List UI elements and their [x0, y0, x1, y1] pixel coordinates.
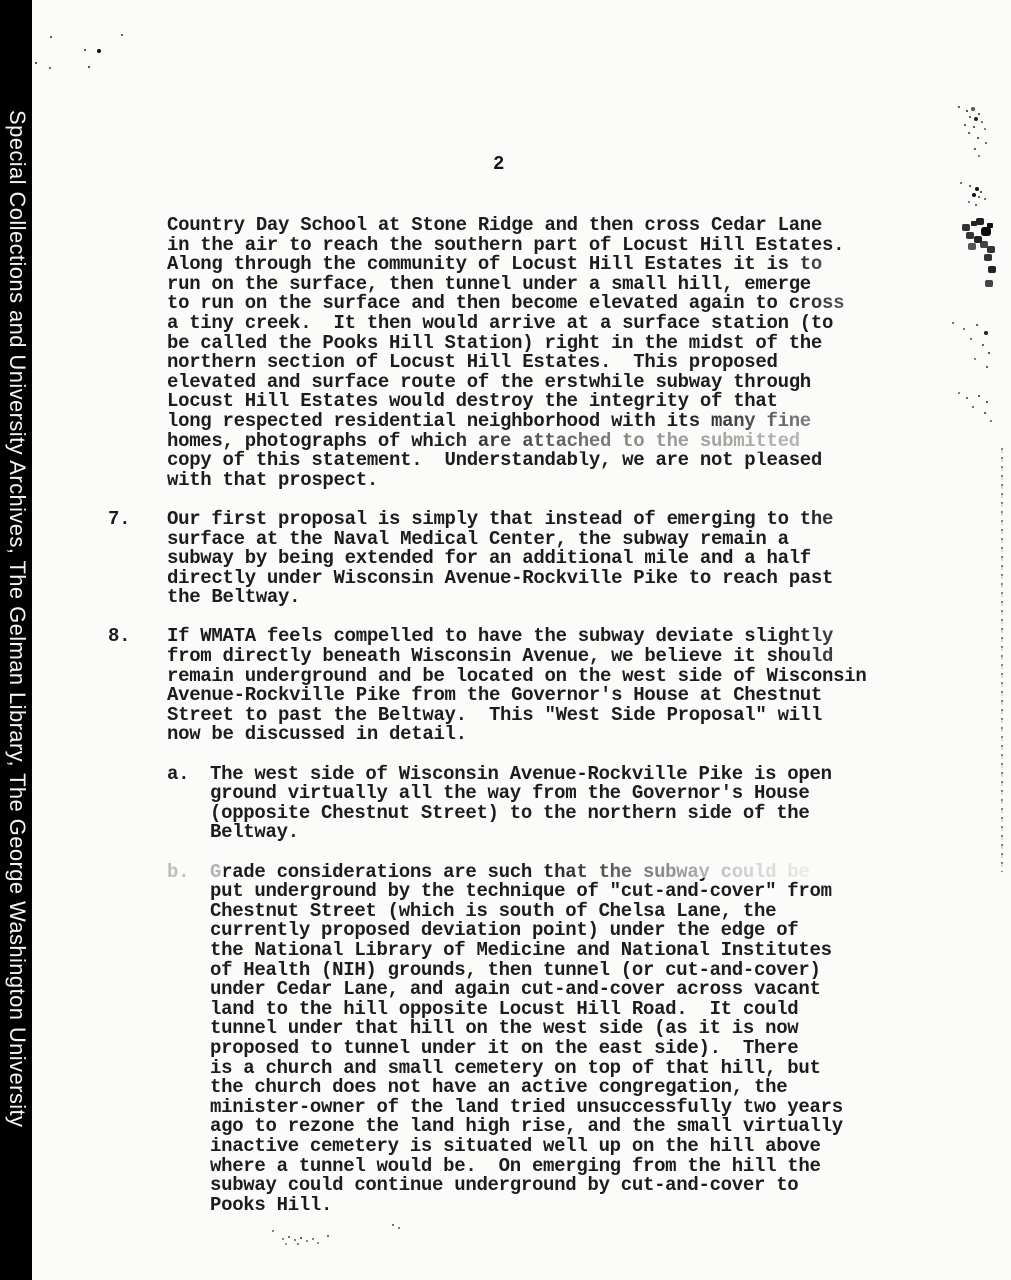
document-body: Country Day School at Stone Ridge and th…	[108, 216, 928, 1215]
scan-noise	[958, 106, 960, 108]
scan-noise	[958, 392, 960, 394]
paragraph-text: If WMATA feels compelled to have the sub…	[167, 627, 866, 745]
paragraph-text: Country Day School at Stone Ridge and th…	[167, 216, 844, 490]
subparagraph-label: a.	[167, 765, 210, 843]
subparagraph-a: a. The west side of Wisconsin Avenue-Roc…	[167, 765, 928, 843]
paragraph-text: Grade considerations are such that the s…	[210, 863, 843, 1216]
paragraph-8: 8. If WMATA feels compelled to have the …	[108, 627, 928, 745]
paragraph-7: 7. Our first proposal is simply that ins…	[108, 510, 928, 608]
scan-noise	[960, 182, 962, 184]
scan-streak-artifact	[1001, 448, 1003, 872]
scan-noise	[35, 62, 37, 64]
paragraph-number: 8.	[108, 627, 167, 745]
subparagraph-label: b.	[167, 863, 210, 1216]
scan-noise	[952, 322, 954, 324]
paragraph-text: Our first proposal is simply that instea…	[167, 510, 833, 608]
paragraph-continuation: Country Day School at Stone Ridge and th…	[108, 216, 928, 490]
paragraph-number: 7.	[108, 510, 167, 608]
paragraph-number-empty	[108, 216, 167, 490]
scan-noise	[981, 227, 991, 236]
subparagraph-b: b. Grade considerations are such that th…	[167, 863, 928, 1216]
archive-stamp-text: Special Collections and University Archi…	[4, 110, 30, 1127]
page-number: 2	[493, 153, 504, 175]
paragraph-text: The west side of Wisconsin Avenue-Rockvi…	[210, 765, 832, 843]
archive-stamp-bar: Special Collections and University Archi…	[0, 0, 32, 1280]
scan-noise	[272, 1230, 274, 1232]
